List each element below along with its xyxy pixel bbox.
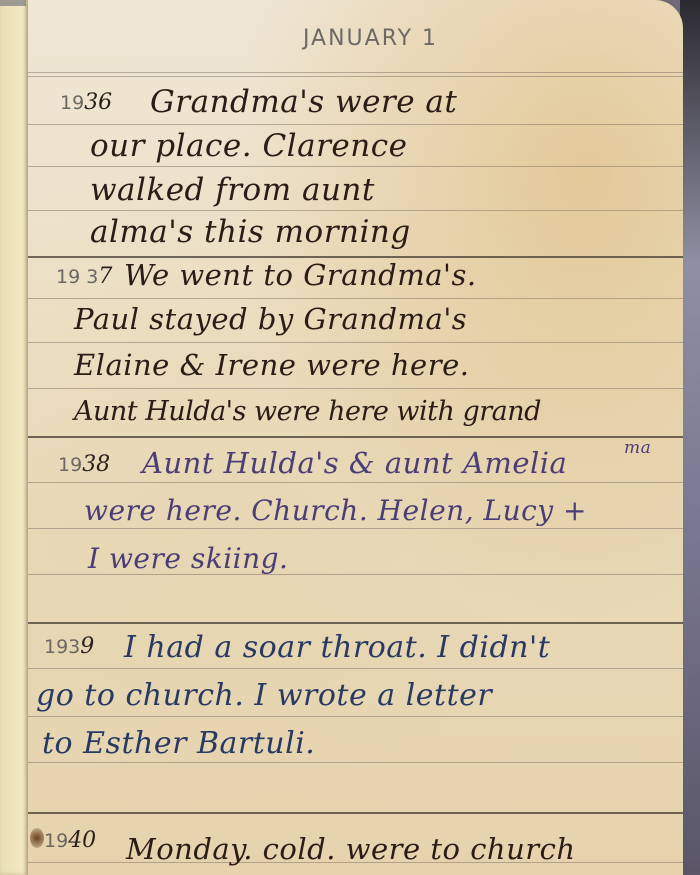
page-date-header: JANUARY 1 xyxy=(28,26,683,51)
year-printed: 19 xyxy=(60,92,84,114)
entry-line: walked from aunt xyxy=(90,172,375,208)
year-divider-rule xyxy=(28,436,683,438)
ruled-line xyxy=(28,166,683,167)
entry-line: Paul stayed by Grandma's xyxy=(74,302,467,336)
entry-year: 19 37 xyxy=(56,264,112,289)
year-printed: 19 xyxy=(58,454,82,476)
entry-year: 1939 xyxy=(44,634,94,659)
year-divider-rule xyxy=(28,622,683,624)
year-handwritten: 36 xyxy=(84,90,112,115)
entry-line: I had a soar throat. I didn't xyxy=(124,630,550,665)
entry-line: our place. Clarence xyxy=(90,128,407,164)
entry-line: go to church. I wrote a letter xyxy=(36,678,492,713)
ruled-line xyxy=(28,298,683,299)
entry-line: I were skiing. xyxy=(88,542,288,575)
entry-line: alma's this morning xyxy=(90,214,411,250)
ruled-line xyxy=(28,668,683,669)
entry-year: 1936 xyxy=(60,90,112,115)
year-handwritten: 9 xyxy=(80,634,94,659)
ruled-line xyxy=(28,482,683,483)
entry-line: Monday. cold. were to church xyxy=(126,832,576,866)
diary-page: JANUARY 1 1936 Grandma's were at our pla… xyxy=(28,0,683,875)
year-handwritten: 40 xyxy=(68,828,96,853)
date-label: JANUARY 1 xyxy=(273,26,438,51)
ruled-line xyxy=(28,716,683,717)
entry-line: were here. Church. Helen, Lucy + xyxy=(84,494,587,527)
entry-line: Grandma's were at xyxy=(150,84,457,120)
ruled-line xyxy=(28,124,683,125)
entry-year: 1938 xyxy=(58,452,110,477)
year-handwritten: 38 xyxy=(82,452,110,477)
entry-line: Aunt Hulda's & aunt Amelia xyxy=(142,446,567,480)
year-printed: 193 xyxy=(44,636,80,658)
background-surface xyxy=(680,0,700,875)
ruled-line xyxy=(28,342,683,343)
entry-line: We went to Grandma's. xyxy=(124,258,477,292)
ruled-line xyxy=(28,388,683,389)
ink-stain xyxy=(30,828,44,848)
ruled-line xyxy=(28,762,683,763)
year-printed: 19 xyxy=(44,830,68,852)
entry-line: Elaine & Irene were here. xyxy=(74,348,469,382)
ruled-line xyxy=(28,210,683,211)
entry-year: 1940 xyxy=(44,828,96,853)
entry-line: Aunt Hulda's were here with grand xyxy=(74,396,541,427)
year-printed: 19 3 xyxy=(56,266,98,288)
ruled-line xyxy=(28,528,683,529)
insertion-note: ma xyxy=(624,438,651,458)
entry-line: to Esther Bartuli. xyxy=(42,726,315,761)
page-tab-mark xyxy=(0,0,26,6)
header-rule xyxy=(28,72,683,73)
year-handwritten: 7 xyxy=(98,264,112,289)
year-divider-rule xyxy=(28,812,683,814)
